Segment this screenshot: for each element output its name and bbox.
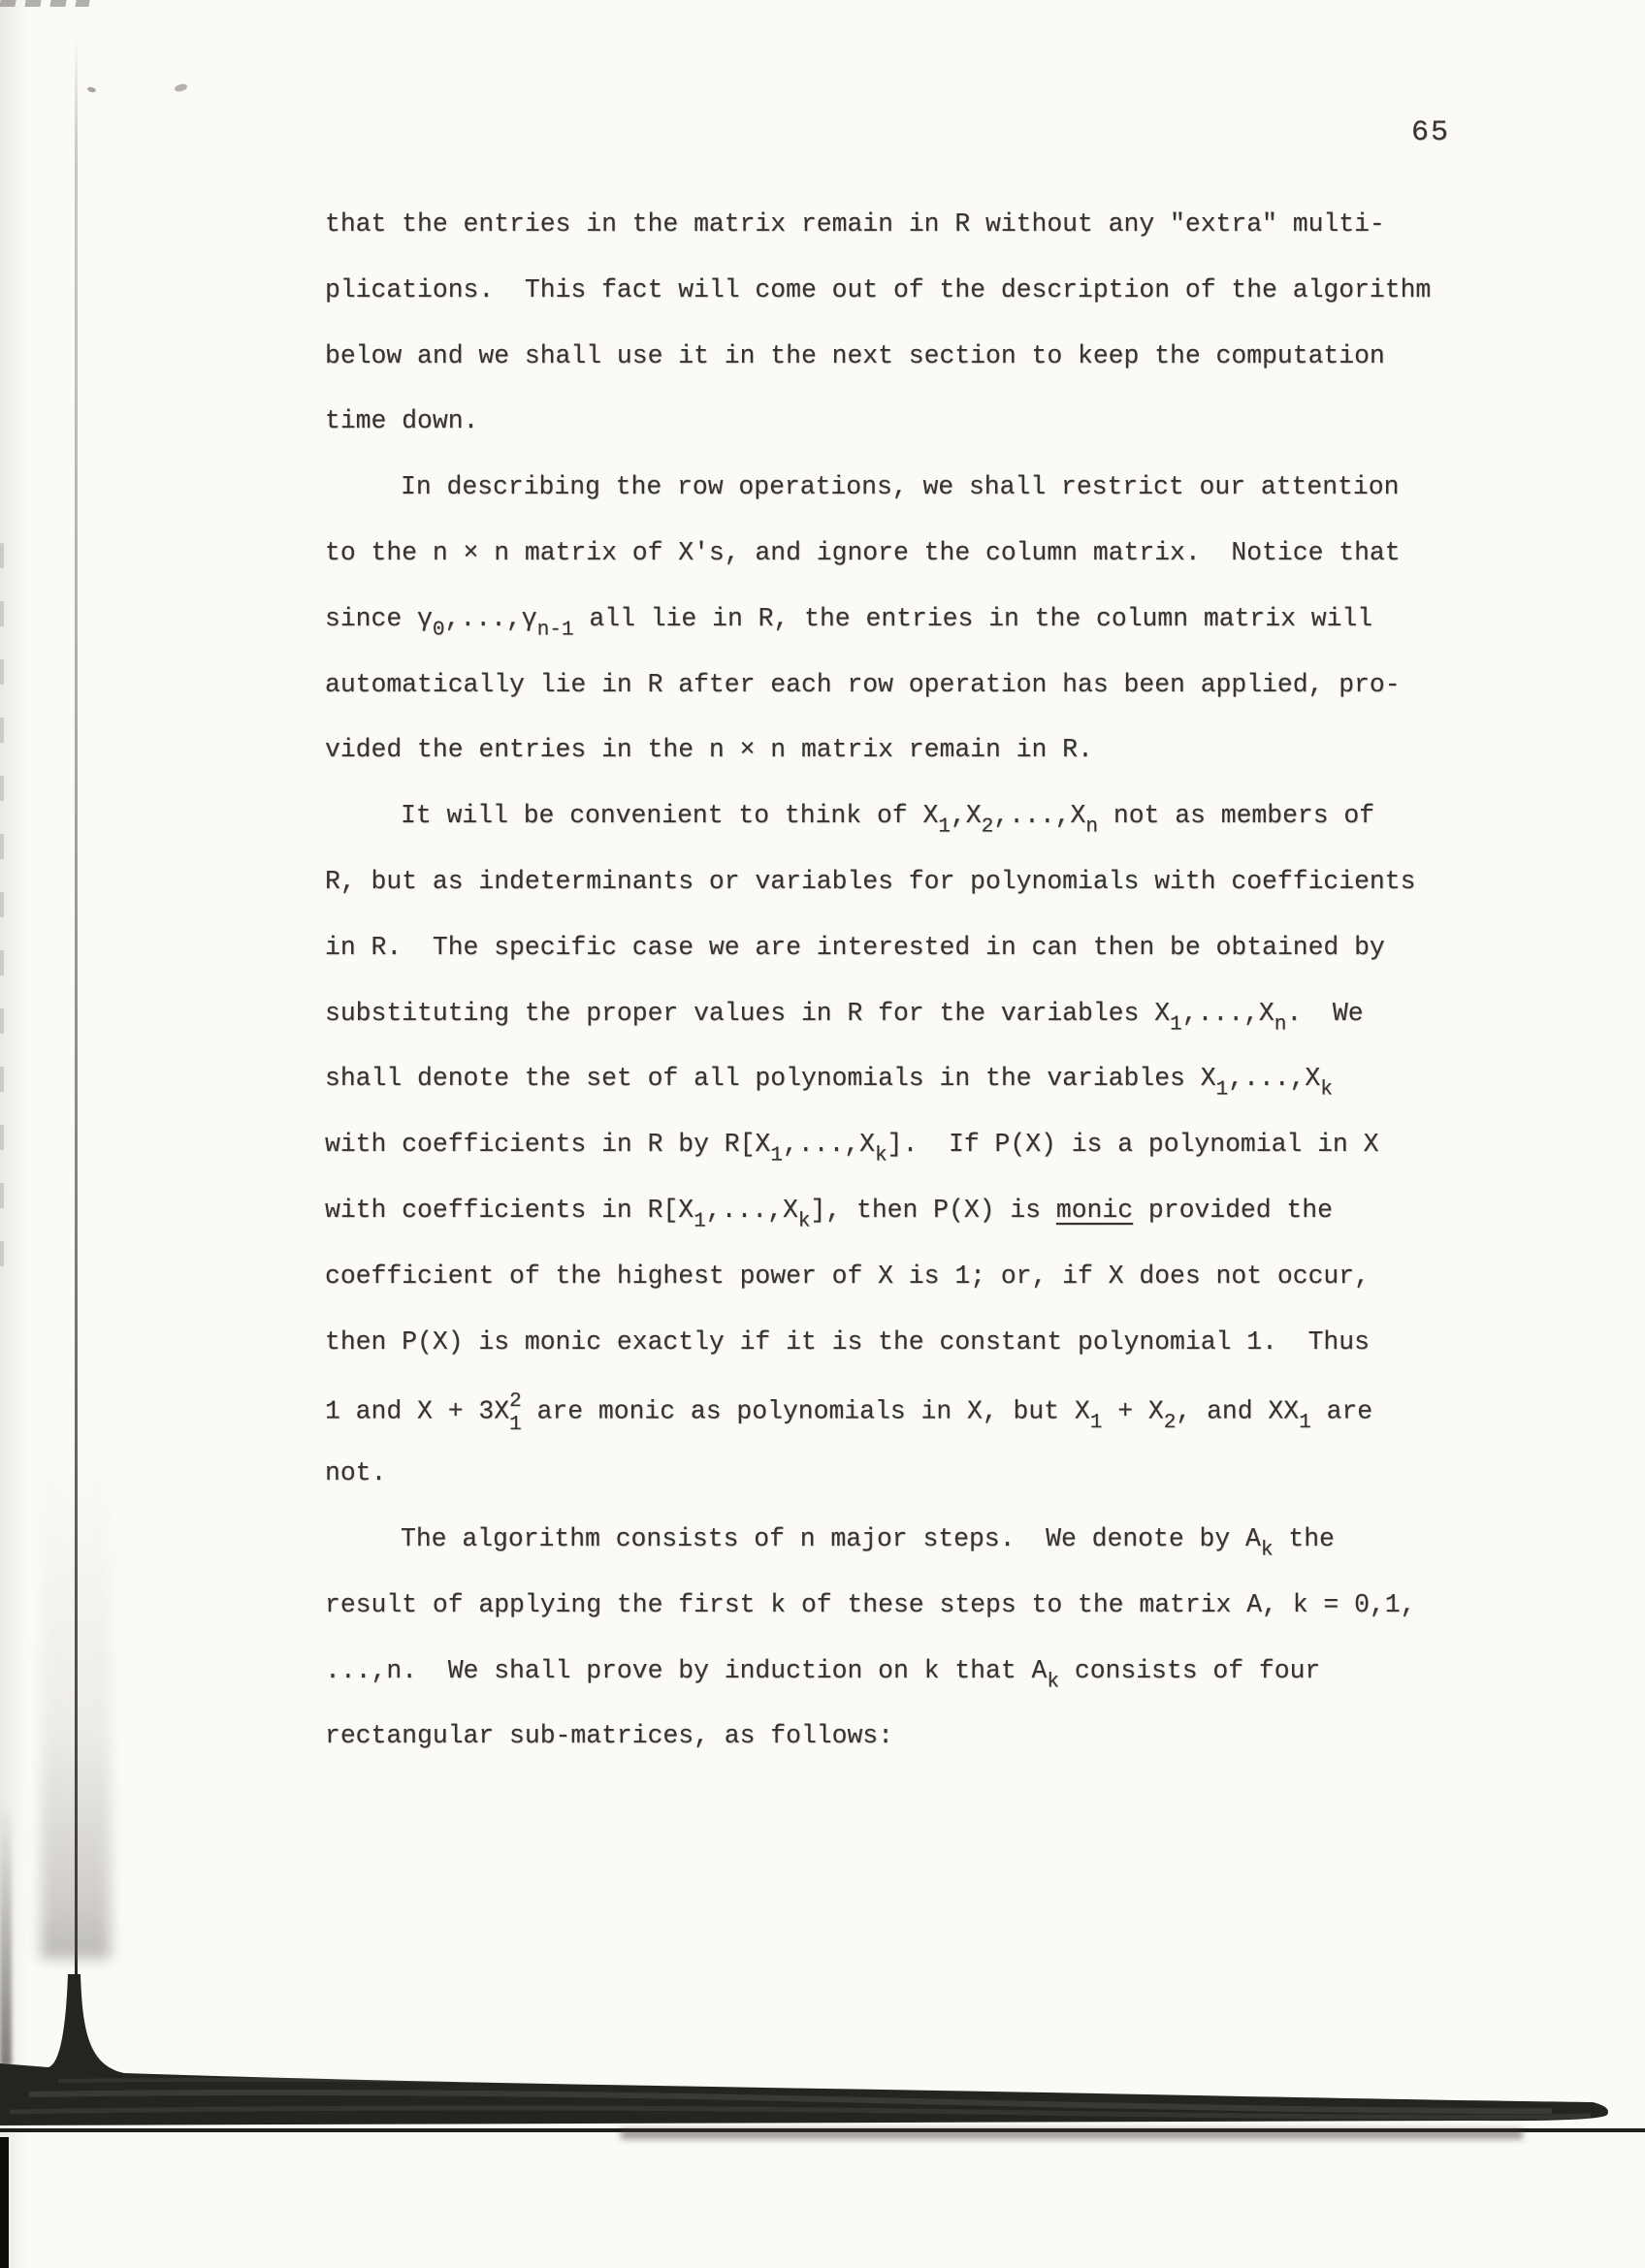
document-body: that the entries in the matrix remain in… (325, 208, 1518, 1785)
text-line: below and we shall use it in the next se… (325, 339, 1518, 405)
scan-artifact-funnel-band (0, 1974, 1608, 2125)
text-line: plications. This fact will come out of t… (325, 273, 1518, 339)
text-line: that the entries in the matrix remain in… (325, 208, 1518, 273)
scan-artifact-bottom-band (0, 1959, 1645, 2268)
text-line: not. (325, 1456, 1518, 1522)
text-line: The algorithm consists of n major steps.… (325, 1522, 1518, 1588)
text-line: time down. (325, 404, 1518, 470)
scan-speck (174, 83, 187, 93)
text-line: shall denote the set of all polynomials … (325, 1062, 1518, 1128)
text-line: substituting the proper values in R for … (325, 997, 1518, 1063)
text-line: rectangular sub-matrices, as follows: (325, 1719, 1518, 1785)
text-line: vided the entries in the n × n matrix re… (325, 733, 1518, 799)
text-line: to the n × n matrix of X's, and ignore t… (325, 536, 1518, 602)
text-line: result of applying the first k of these … (325, 1588, 1518, 1654)
scan-artifact-corner-strip (0, 2137, 9, 2268)
text-line: coefficient of the highest power of X is… (325, 1260, 1518, 1326)
text-line: with coefficients in R by R[X1,...,Xk]. … (325, 1128, 1518, 1194)
text-line: ...,n. We shall prove by induction on k … (325, 1654, 1518, 1720)
text-line: 1 and X + 3X21 are monic as polynomials … (325, 1390, 1518, 1456)
text-line: It will be convenient to think of X1,X2,… (325, 799, 1518, 865)
page-number: 65 (1411, 116, 1450, 149)
text-line: in R. The specific case we are intereste… (325, 931, 1518, 997)
text-line: In describing the row operations, we sha… (325, 470, 1518, 536)
text-line: automatically lie in R after each row op… (325, 668, 1518, 734)
scanned-page: 65 that the entries in the matrix remain… (0, 0, 1645, 2268)
stacked-sup-sub: 21 (509, 1390, 522, 1435)
text-line: R, but as indeterminants or variables fo… (325, 865, 1518, 931)
scan-smudge (0, 0, 90, 7)
scan-artifact-edge-marks (0, 543, 4, 1280)
text-line: with coefficients in R[X1,...,Xk], then … (325, 1194, 1518, 1260)
text-line: since γ0,...,γn-1 all lie in R, the entr… (325, 602, 1518, 668)
scan-artifact-haze (41, 1454, 111, 1959)
scan-speck (87, 86, 97, 93)
text-line: then P(X) is monic exactly if it is the … (325, 1326, 1518, 1391)
